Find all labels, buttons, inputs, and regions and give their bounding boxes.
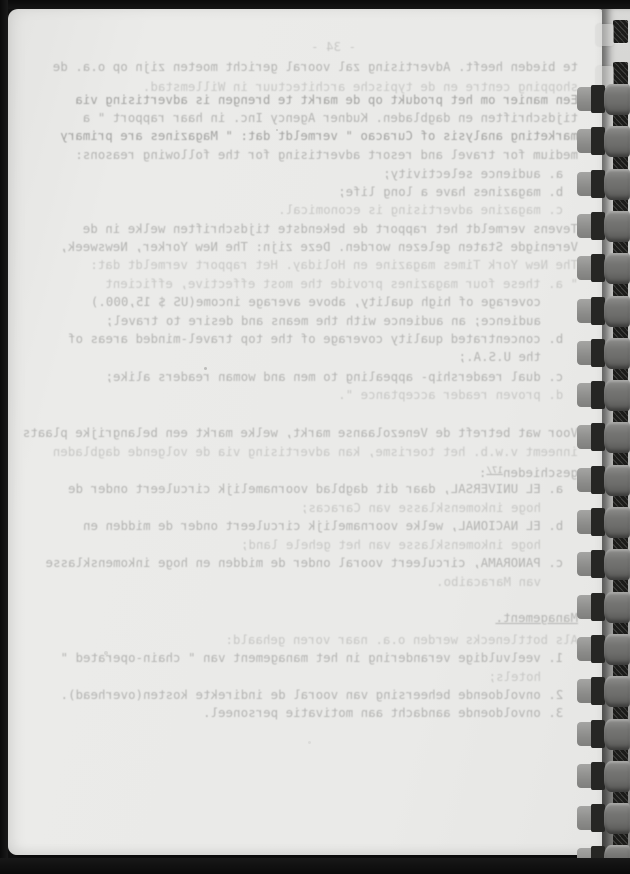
comb-binding-tooth (577, 297, 630, 326)
showthrough-text-line: a. EL UNIVERSAL, daar dit dagblad voorna… (68, 482, 563, 496)
tooth-shadow-bar (591, 677, 605, 705)
comb-binding-tooth (577, 85, 630, 114)
tooth-band (604, 126, 630, 157)
showthrough-text-line: te bieden heeft. Advertising zal vooral … (53, 60, 578, 74)
showthrough-text-line: shopping centre en de typische architect… (143, 80, 578, 94)
comb-binding-tooth (577, 212, 630, 241)
tooth-band (604, 211, 630, 242)
comb-binding-tooth (577, 127, 630, 156)
showthrough-text-line: b. concentrated quality coverage of the … (68, 332, 563, 346)
tooth-shadow-bar (591, 170, 605, 198)
paper-speck (204, 367, 207, 370)
showthrough-text-line: hoge inkomensklasse van het gehele land; (241, 538, 541, 552)
comb-binding-tooth (577, 381, 630, 410)
tooth-shadow-bar (591, 804, 605, 832)
tooth-shadow-bar (591, 466, 605, 494)
showthrough-text-line: hoge inkomensklasse van Caracas; (301, 501, 541, 515)
comb-binding-tooth (577, 720, 630, 749)
showthrough-text-line: coverage of high quality, above average … (91, 295, 541, 309)
paper-speck (276, 129, 278, 131)
tooth-band (604, 465, 630, 496)
showthrough-text-line: tijdschriften en dagbladen. Kudner Agenc… (83, 111, 578, 125)
binding-hole (613, 20, 628, 43)
showthrough-text-line: Een manier om het produkt op de markt te… (75, 93, 578, 107)
tooth-band (604, 253, 630, 284)
tooth-band (604, 84, 630, 115)
comb-binding-tooth (577, 677, 630, 706)
tooth-shadow-bar (591, 593, 605, 621)
showthrough-text-line: 3. onvoldoende aandacht aan motivatie pe… (203, 706, 563, 720)
showthrough-text-line: medium for travel and resort advertising… (75, 148, 578, 162)
scanner-background-bottom (0, 858, 630, 874)
comb-binding-tooth (577, 804, 630, 833)
tooth-shadow-bar (591, 212, 605, 240)
tooth-shadow-bar (591, 85, 605, 113)
tooth-shadow-bar (591, 381, 605, 409)
tooth-shadow-bar (591, 762, 605, 790)
showthrough-text-line: the U.S.A.; (458, 350, 541, 364)
tooth-band (604, 549, 630, 580)
tooth-band (604, 676, 630, 707)
tooth-shadow-bar (591, 297, 605, 325)
tooth-band (604, 422, 630, 453)
showthrough-text-line: inneemt v.w.b. het toerisme, kan adverti… (53, 445, 578, 459)
comb-binding-tooth (577, 593, 630, 622)
comb-binding-tooth (577, 466, 630, 495)
showthrough-text-line: Als bottlenecks werden o.a. naar voren g… (225, 633, 578, 647)
tooth-shadow-bar (591, 339, 605, 367)
comb-binding-tooth (577, 635, 630, 664)
tooth-band (604, 592, 630, 623)
showthrough-text-line: geschieden17/: (479, 464, 578, 480)
showthrough-text-line: - 34 - (311, 40, 356, 54)
showthrough-text-line: b. EL NACIONAL, welke voornamelijk circu… (83, 519, 563, 533)
showthrough-text-line: Tevens vermeldt het rapport de bekendste… (83, 222, 578, 236)
showthrough-text-line: " a. these four magazines provide the mo… (105, 277, 578, 291)
showthrough-text-line: d. proven reader acceptance ". (338, 388, 563, 402)
tooth-band (604, 169, 630, 200)
showthrough-text-line: c. magazine advertising is economical. (278, 203, 563, 217)
tooth-band (604, 761, 630, 792)
tooth-shadow-bar (591, 635, 605, 663)
tooth-band (604, 803, 630, 834)
comb-binding-tooth (577, 254, 630, 283)
scanner-background-top (0, 0, 630, 9)
paper-speck (104, 651, 108, 655)
tooth-band (604, 507, 630, 538)
showthrough-text-line: a. audience selectivity; (383, 167, 563, 181)
showthrough-text-line: hotels; (488, 670, 541, 684)
showthrough-text-line: The New York Times magazine en Holiday. … (90, 258, 578, 272)
tooth-band (604, 338, 630, 369)
binding-hole (613, 62, 628, 85)
comb-binding-tooth (577, 339, 630, 368)
showthrough-text-line: marketing analysis of Curacao " vermeldt… (60, 129, 578, 143)
showthrough-text-line: van Maracaibo. (436, 575, 541, 589)
showthrough-text-line: c. PANORAMA, circuleert vooral onder de … (45, 556, 563, 570)
comb-binding-tooth (577, 762, 630, 791)
tooth-shadow-bar (591, 423, 605, 451)
showthrough-text-line: Verenigde Staten gelezen worden. Deze zi… (60, 240, 578, 254)
comb-binding-tooth (577, 423, 630, 452)
tooth-band (604, 380, 630, 411)
paper-speck (308, 741, 311, 744)
tooth-shadow-bar (591, 720, 605, 748)
tooth-shadow-bar (591, 127, 605, 155)
comb-binding-tooth (577, 170, 630, 199)
mirrored-showthrough-text: - 34 -te bieden heeft. Advertising zal v… (38, 36, 578, 736)
tooth-band (604, 634, 630, 665)
scanner-background: { "document": { "page_number_showthrough… (0, 0, 630, 874)
tooth-band (604, 296, 630, 327)
showthrough-text-line: Voor wat betreft de Venezolaanse markt, … (23, 426, 578, 440)
showthrough-text-line: c. dual readership- appealing to men and… (105, 370, 563, 384)
tooth-shadow-bar (591, 508, 605, 536)
showthrough-text-line: Management. (495, 611, 578, 625)
showthrough-text-line: 2. onvoldoende beheersing van vooral de … (60, 688, 563, 702)
scanned-page: - 34 -te bieden heeft. Advertising zal v… (8, 9, 602, 855)
scanner-background-left (0, 0, 8, 874)
showthrough-text-line: 1. veelvuldige verandering in het manage… (60, 651, 563, 665)
comb-binding-tooth (577, 508, 630, 537)
tooth-band (604, 719, 630, 750)
comb-binding-tooth-faint (596, 24, 614, 46)
tooth-shadow-bar (591, 254, 605, 282)
tooth-shadow-bar (591, 550, 605, 578)
footnote-marker: 17/ (486, 466, 503, 476)
showthrough-text-line: audience; an audience with the means and… (106, 314, 541, 328)
showthrough-text-line: b. magazines have a long life; (338, 185, 563, 199)
comb-binding-tooth (577, 550, 630, 579)
